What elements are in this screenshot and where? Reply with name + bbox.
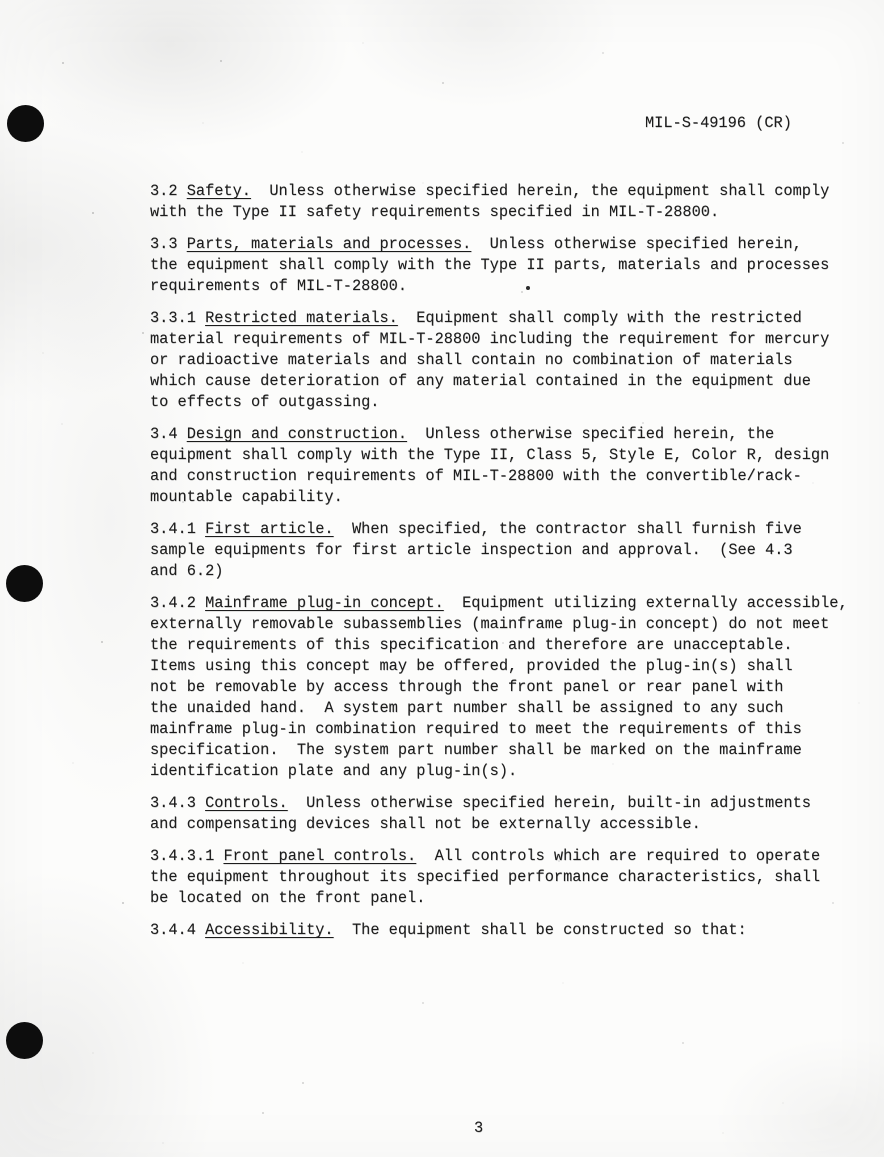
section-number: 3.4.2 xyxy=(150,594,196,612)
spec-paragraph-3.4.1: 3.4.1 First article. When specified, the… xyxy=(150,519,866,582)
document-body: 3.2 Safety. Unless otherwise specified h… xyxy=(150,181,866,952)
spec-paragraph-3.4.4: 3.4.4 Accessibility. The equipment shall… xyxy=(150,920,866,941)
punch-hole-bottom xyxy=(6,1022,43,1059)
section-title: Front panel controls. xyxy=(223,847,416,865)
scan-noise xyxy=(0,0,2,2)
spec-paragraph-3.4: 3.4 Design and construction. Unless othe… xyxy=(150,424,866,508)
section-title: Accessibility. xyxy=(205,921,334,939)
section-number: 3.4.1 xyxy=(150,520,196,538)
spec-paragraph-3.4.3: 3.4.3 Controls. Unless otherwise specifi… xyxy=(150,793,866,835)
section-title: Mainframe plug-in concept. xyxy=(205,594,444,612)
section-number: 3.2 xyxy=(150,182,178,200)
section-number: 3.3.1 xyxy=(150,309,196,327)
spec-paragraph-3.3.1: 3.3.1 Restricted materials. Equipment sh… xyxy=(150,308,866,413)
section-text: Equipment utilizing externally accessibl… xyxy=(150,594,848,780)
section-number: 3.4.3 xyxy=(150,794,196,812)
section-title: Controls. xyxy=(205,794,288,812)
document-page: MIL-S-49196 (CR) 3.2 Safety. Unless othe… xyxy=(0,0,884,1157)
spec-paragraph-3.4.3.1: 3.4.3.1 Front panel controls. All contro… xyxy=(150,846,866,909)
punch-hole-top xyxy=(7,105,44,142)
document-id-header: MIL-S-49196 (CR) xyxy=(645,113,792,134)
section-text: Unless otherwise specified herein, the e… xyxy=(150,182,829,221)
section-title: Restricted materials. xyxy=(205,309,398,327)
section-number: 3.4.4 xyxy=(150,921,196,939)
punch-hole-middle xyxy=(6,565,43,602)
section-title: Design and construction. xyxy=(187,425,407,443)
section-number: 3.3 xyxy=(150,235,178,253)
spec-paragraph-3.4.2: 3.4.2 Mainframe plug-in concept. Equipme… xyxy=(150,593,866,782)
page-number: 3 xyxy=(474,1118,483,1139)
section-text: The equipment shall be constructed so th… xyxy=(334,921,747,939)
spec-paragraph-3.2: 3.2 Safety. Unless otherwise specified h… xyxy=(150,181,866,223)
section-number: 3.4 xyxy=(150,425,178,443)
section-title: Safety. xyxy=(187,182,251,200)
section-number: 3.4.3.1 xyxy=(150,847,214,865)
spec-paragraph-3.3: 3.3 Parts, materials and processes. Unle… xyxy=(150,234,866,297)
section-title: First article. xyxy=(205,520,334,538)
section-title: Parts, materials and processes. xyxy=(187,235,472,253)
